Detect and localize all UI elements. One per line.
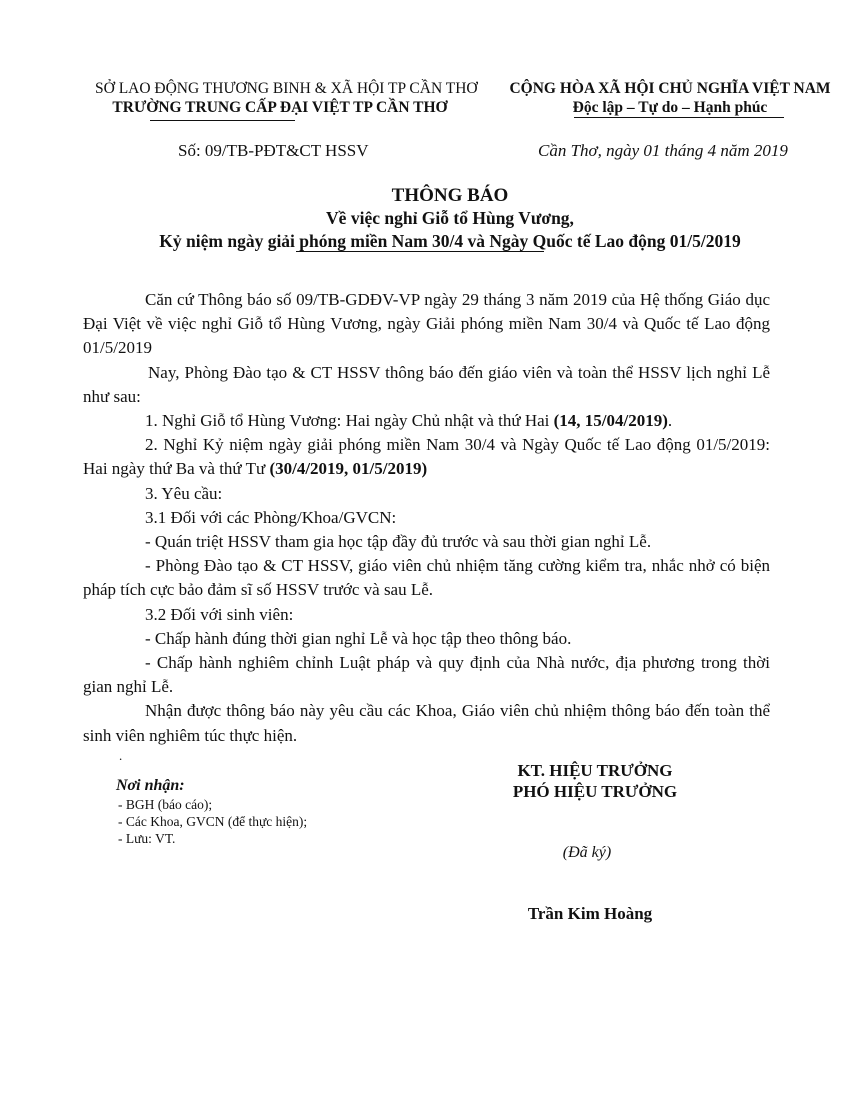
requirement-departments-a: - Quán triệt HSSV tham gia học tập đầy đ… bbox=[83, 530, 770, 554]
agency-name: SỞ LAO ĐỘNG THƯƠNG BINH & XÃ HỘI TP CẦN … bbox=[95, 79, 465, 98]
signer-name: Trần Kim Hoàng bbox=[465, 904, 715, 924]
requirements-departments-heading: 3.1 Đối với các Phòng/Khoa/GVCN: bbox=[83, 506, 770, 530]
place-date: Cần Thơ, ngày 01 tháng 4 năm 2019 bbox=[538, 141, 788, 161]
recipients-heading: Nơi nhận: bbox=[116, 776, 307, 796]
recipient-item: - Lưu: VT. bbox=[118, 830, 307, 847]
motto-underline bbox=[574, 117, 784, 118]
holiday-item-1: 1. Nghỉ Giỗ tổ Hùng Vương: Hai ngày Chủ … bbox=[83, 409, 770, 433]
school-underline bbox=[150, 120, 295, 121]
requirement-departments-b: - Phòng Đào tạo & CT HSSV, giáo viên chủ… bbox=[83, 554, 770, 602]
closing-paragraph: Nhận được thông báo này yêu cầu các Khoa… bbox=[83, 699, 770, 747]
title-subject-line2: Kỷ niệm ngày giải phóng miền Nam 30/4 và… bbox=[0, 230, 850, 252]
document-number: Số: 09/TB-PĐT&CT HSSV bbox=[178, 141, 369, 161]
signature-block: KT. HIỆU TRƯỞNG PHÓ HIỆU TRƯỞNG bbox=[470, 760, 720, 802]
recipient-item: - Các Khoa, GVCN (để thực hiện); bbox=[118, 813, 307, 830]
recipients-block: Nơi nhận: - BGH (báo cáo); - Các Khoa, G… bbox=[118, 776, 307, 847]
notice-body: Căn cứ Thông báo số 09/TB-GDĐV-VP ngày 2… bbox=[83, 288, 770, 748]
requirement-students-b: - Chấp hành nghiêm chỉnh Luật pháp và qu… bbox=[83, 651, 770, 699]
signatory-title-2: PHÓ HIỆU TRƯỞNG bbox=[470, 781, 720, 802]
holiday-item-2: 2. Nghỉ Kỷ niệm ngày giải phóng miền Nam… bbox=[83, 433, 770, 481]
requirements-heading: 3. Yêu cầu: bbox=[83, 482, 770, 506]
recipient-item: - BGH (báo cáo); bbox=[118, 796, 307, 813]
requirement-students-a: - Chấp hành đúng thời gian nghỉ Lễ và họ… bbox=[83, 627, 770, 651]
document-title: THÔNG BÁO bbox=[0, 185, 850, 207]
basis-paragraph: Căn cứ Thông báo số 09/TB-GDĐV-VP ngày 2… bbox=[83, 288, 770, 361]
country-name: CỘNG HÒA XÃ HỘI CHỦ NGHĨA VIỆT NAM bbox=[505, 79, 835, 98]
holiday-item-1-dates: (14, 15/04/2019) bbox=[554, 411, 668, 430]
stray-dot: . bbox=[119, 748, 122, 764]
announcement-paragraph: Nay, Phòng Đào tạo & CT HSSV thông báo đ… bbox=[83, 361, 770, 409]
requirements-students-heading: 3.2 Đối với sinh viên: bbox=[83, 603, 770, 627]
holiday-item-2-dates: (30/4/2019, 01/5/2019) bbox=[269, 459, 427, 478]
signatory-title-1: KT. HIỆU TRƯỞNG bbox=[470, 760, 720, 781]
national-motto: Độc lập – Tự do – Hạnh phúc bbox=[505, 98, 835, 117]
signed-note: (Đã ký) bbox=[462, 844, 712, 862]
title-subject-line1: Về việc nghỉ Giỗ tổ Hùng Vương, bbox=[0, 207, 850, 229]
title-underline bbox=[296, 251, 544, 252]
school-name: TRƯỜNG TRUNG CẤP ĐẠI VIỆT TP CẦN THƠ bbox=[95, 98, 465, 117]
